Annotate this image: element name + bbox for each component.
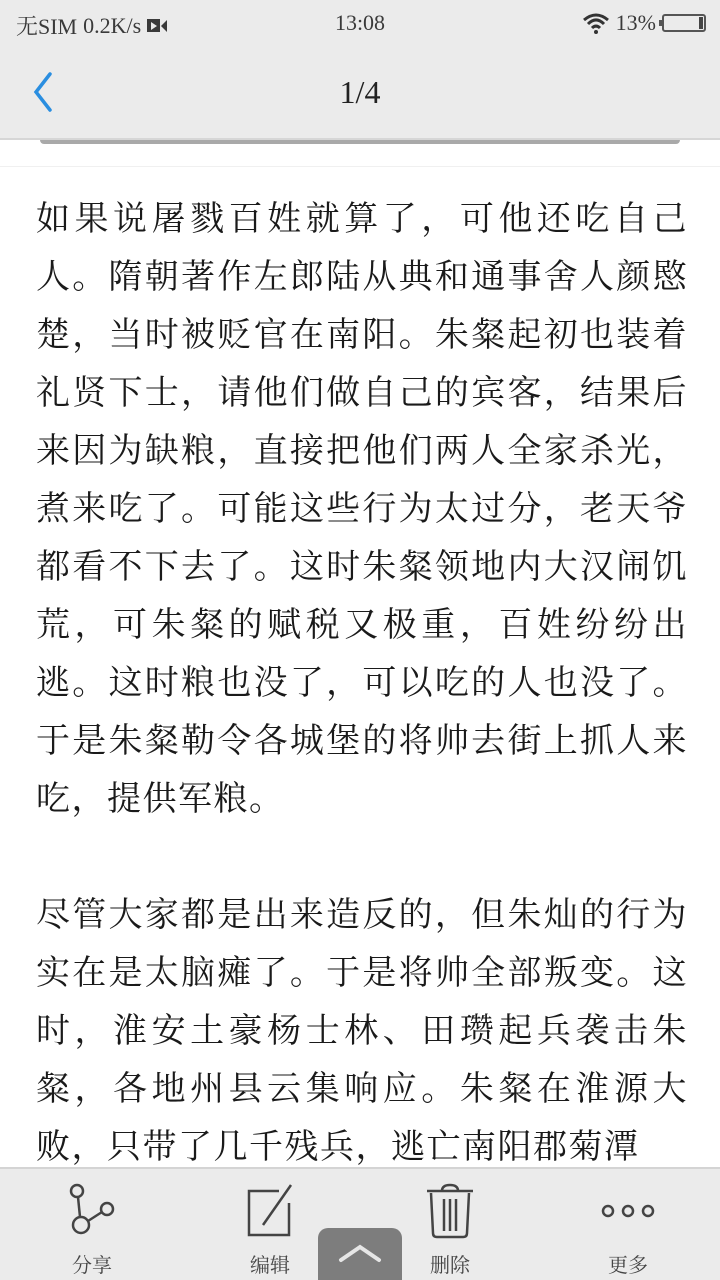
chevron-up-icon	[338, 1242, 382, 1264]
share-label: 分享	[32, 1249, 152, 1278]
more-button[interactable]: 更多	[568, 1169, 688, 1280]
battery-percent: 13%	[616, 10, 656, 36]
pull-shadow	[40, 140, 680, 144]
status-right: 13%	[582, 10, 706, 36]
content-top-line	[0, 166, 720, 167]
paragraph: 如果说屠戮百姓就算了，可他还吃自己人。隋朝著作左郎陆从典和通事舍人颜愍楚，当时被…	[36, 190, 688, 828]
battery-icon	[662, 14, 706, 32]
more-label: 更多	[568, 1249, 688, 1278]
trash-icon	[425, 1183, 475, 1239]
collapse-toolbar-button[interactable]	[318, 1228, 402, 1280]
edit-button[interactable]: 编辑	[210, 1169, 330, 1280]
edit-label: 编辑	[210, 1249, 330, 1278]
share-icon	[67, 1183, 117, 1239]
article-body: 如果说屠戮百姓就算了，可他还吃自己人。隋朝著作左郎陆从典和通事舍人颜愍楚，当时被…	[36, 190, 688, 1234]
share-button[interactable]: 分享	[32, 1169, 152, 1280]
page-indicator: 1/4	[0, 74, 720, 111]
nav-bar: 1/4	[0, 48, 720, 138]
more-icon	[600, 1183, 656, 1239]
edit-icon	[245, 1183, 295, 1239]
wifi-icon	[582, 12, 610, 34]
status-bar: 无SIM 0.2K/s 13:08 13%	[0, 0, 720, 48]
delete-button[interactable]: 删除	[390, 1169, 510, 1280]
delete-label: 删除	[390, 1249, 510, 1278]
paragraph: 尽管大家都是出来造反的，但朱灿的行为实在是太脑瘫了。于是将帅全部叛变。这时，淮安…	[36, 886, 688, 1176]
